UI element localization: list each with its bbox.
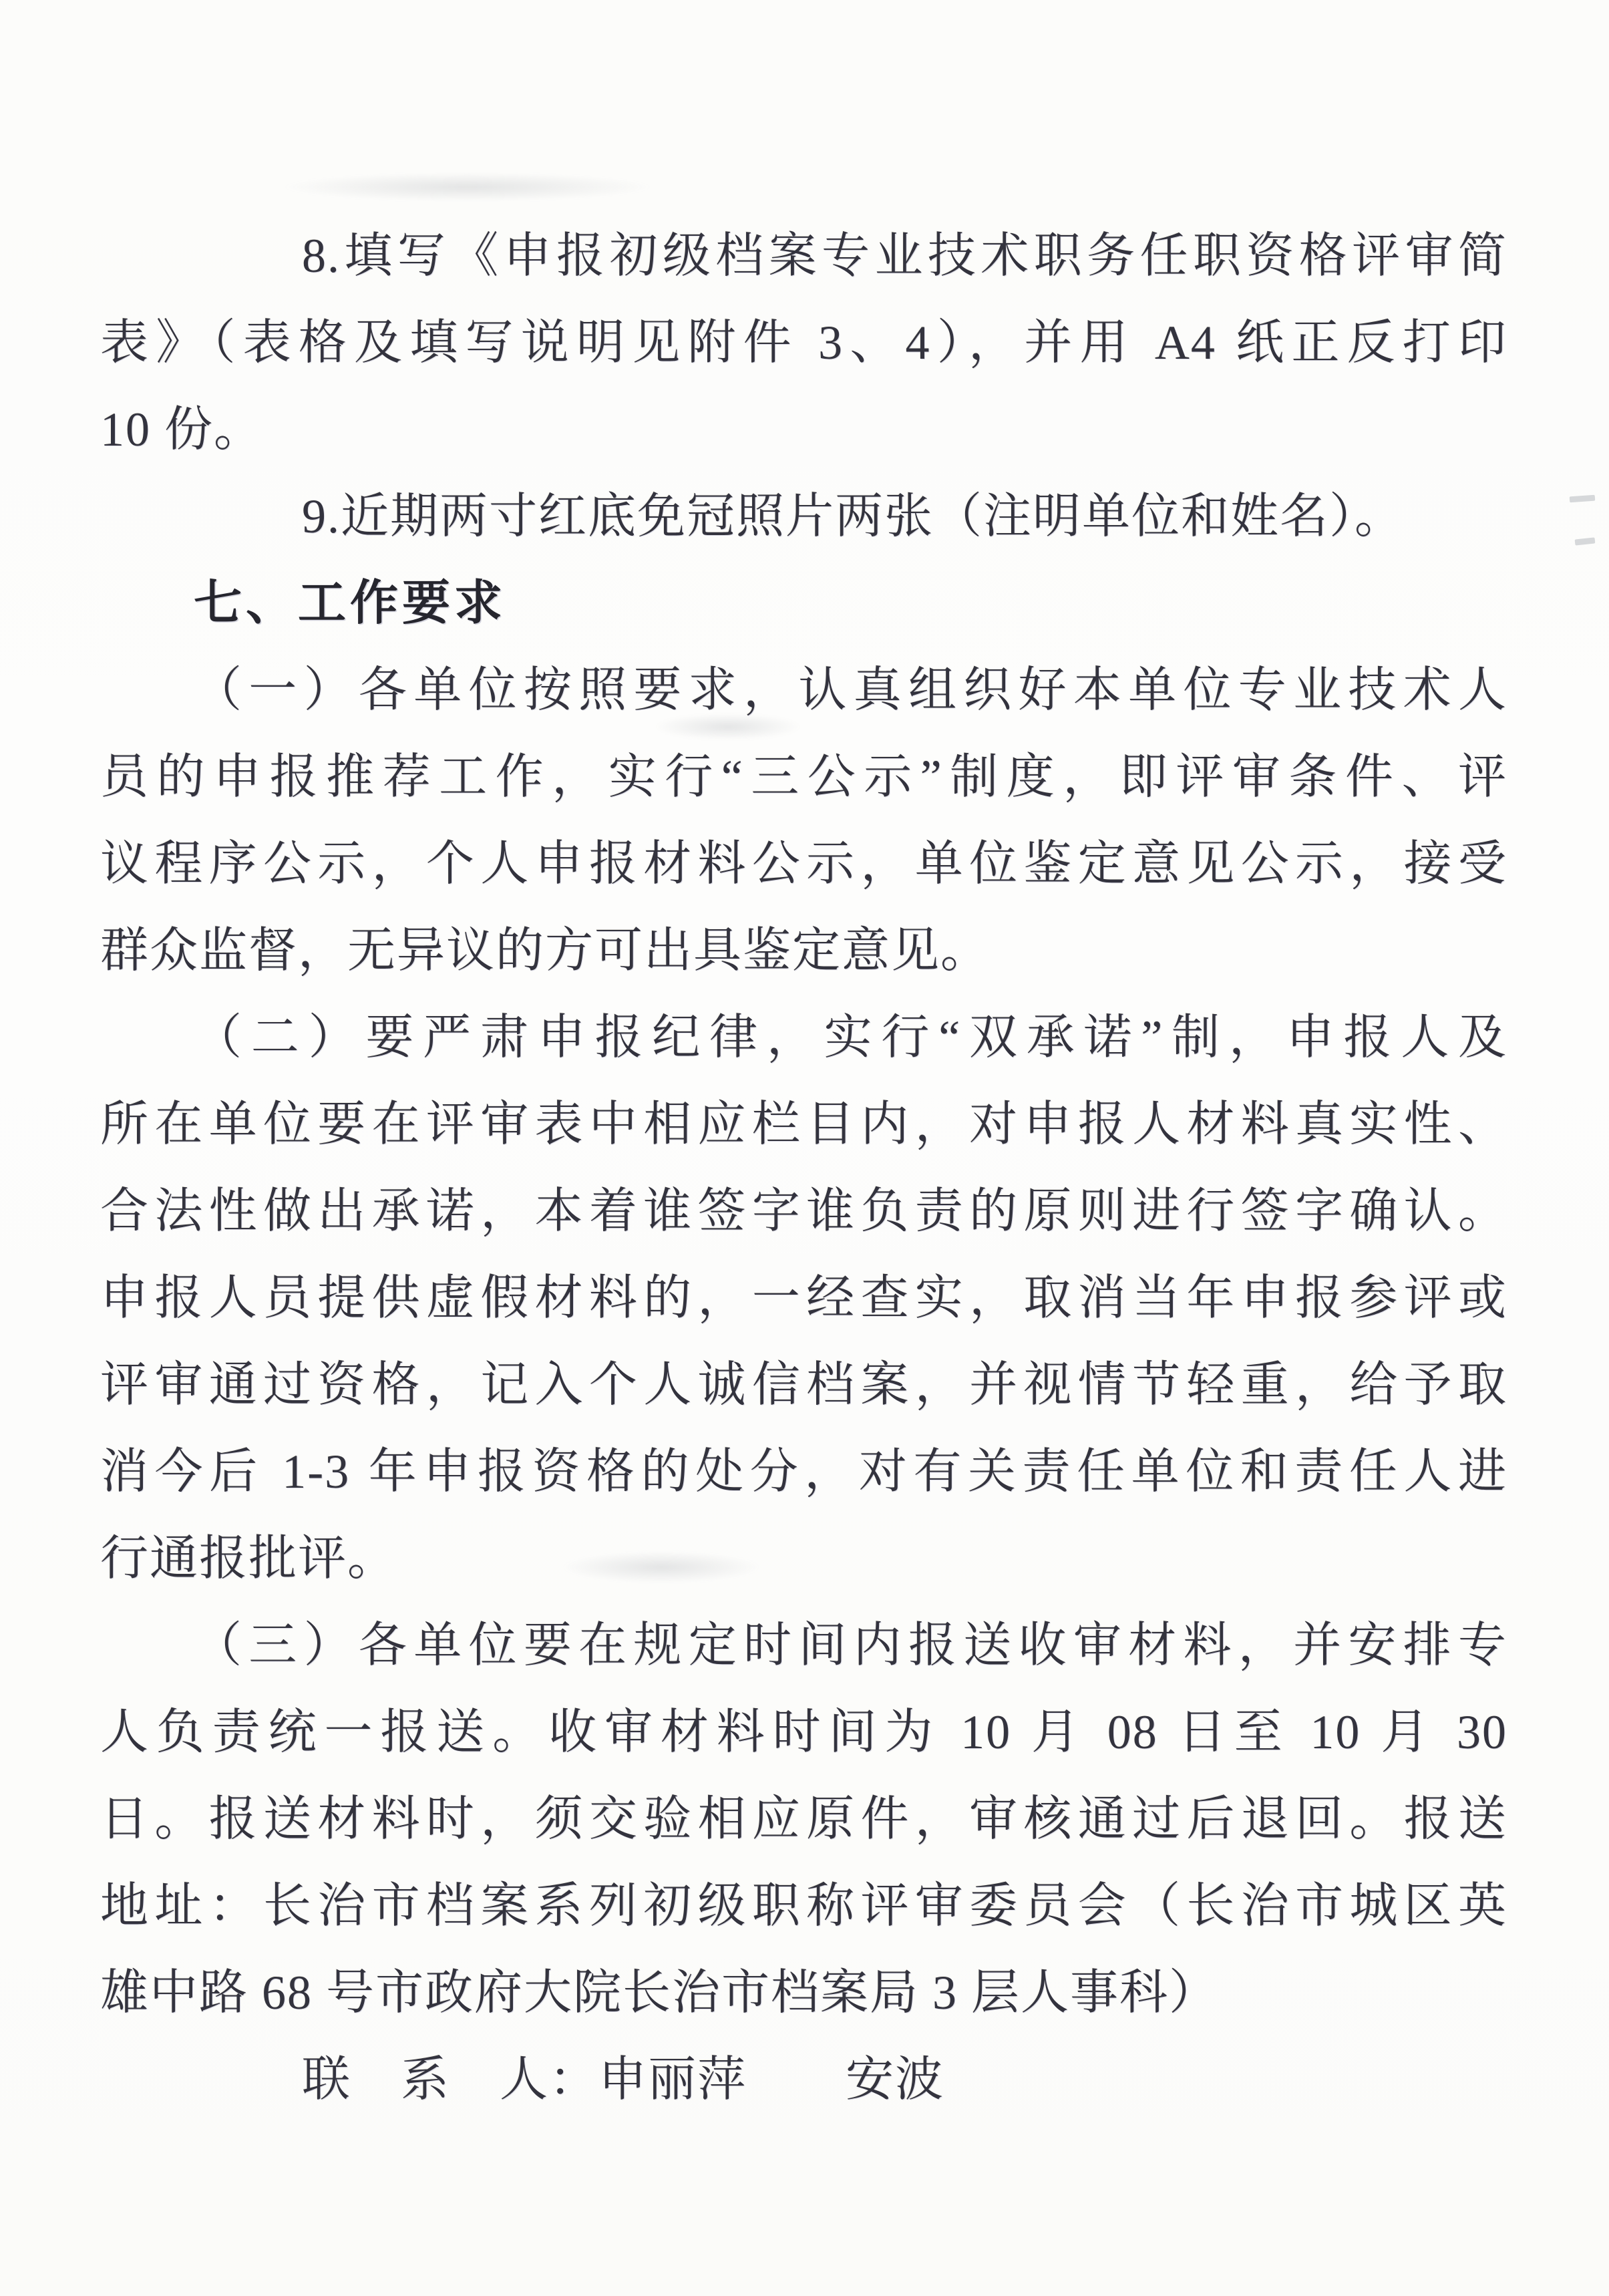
para-3-line-3: 日。报送材料时，须交验相应原件，审核通过后退回。报送	[100, 1776, 1507, 1862]
para-2-line-1: （二）要严肃申报纪律，实行“双承诺”制，申报人及	[100, 994, 1507, 1081]
para-2-line-6: 消今后 1-3 年申报资格的处分，对有关责任单位和责任人进	[100, 1428, 1507, 1515]
para-3-line-5: 雄中路 68 号市政府大院长治市档案局 3 层人事科）	[100, 1949, 1507, 2036]
section-heading: 七、工作要求	[100, 560, 1507, 647]
contact-line: 联 系 人：申丽萍 安波	[100, 2036, 1507, 2123]
scan-artifact	[1575, 537, 1596, 545]
scan-artifact	[1570, 495, 1596, 503]
para-2-line-5: 评审通过资格，记入个人诚信档案，并视情节轻重，给予取	[100, 1341, 1507, 1428]
item-8-line-1: 8.填写《申报初级档案专业技术职务任职资格评审简	[100, 212, 1507, 299]
para-1-line-4: 群众监督，无异议的方可出具鉴定意见。	[100, 907, 1507, 994]
para-2-line-7: 行通报批评。	[100, 1515, 1507, 1602]
para-1-line-3: 议程序公示，个人申报材料公示，单位鉴定意见公示，接受	[100, 820, 1507, 907]
para-1-line-2: 员的申报推荐工作，实行“三公示”制度，即评审条件、评	[100, 733, 1507, 820]
document-body: 8.填写《申报初级档案专业技术职务任职资格评审简 表》（表格及填写说明见附件 3…	[100, 212, 1507, 2123]
item-8-line-3: 10 份。	[100, 386, 1507, 473]
para-3-line-2: 人负责统一报送。收审材料时间为 10 月 08 日至 10 月 30	[100, 1689, 1507, 1776]
para-3-line-1: （三）各单位要在规定时间内报送收审材料，并安排专	[100, 1602, 1507, 1689]
para-2-line-4: 申报人员提供虚假材料的，一经查实，取消当年申报参评或	[100, 1255, 1507, 1341]
item-9-line: 9.近期两寸红底免冠照片两张（注明单位和姓名）。	[100, 473, 1507, 560]
para-1-line-1: （一）各单位按照要求，认真组织好本单位专业技术人	[100, 647, 1507, 733]
para-2-line-2: 所在单位要在评审表中相应栏目内，对申报人材料真实性、	[100, 1081, 1507, 1168]
item-8-line-2: 表》（表格及填写说明见附件 3、4），并用 A4 纸正反打印	[100, 299, 1507, 386]
scan-artifact	[281, 172, 655, 202]
para-3-line-4: 地址：长治市档案系列初级职称评审委员会（长治市城区英	[100, 1862, 1507, 1949]
para-2-line-3: 合法性做出承诺，本着谁签字谁负责的原则进行签字确认。	[100, 1168, 1507, 1255]
scanned-document-page: 8.填写《申报初级档案专业技术职务任职资格评审简 表》（表格及填写说明见附件 3…	[0, 0, 1609, 2296]
